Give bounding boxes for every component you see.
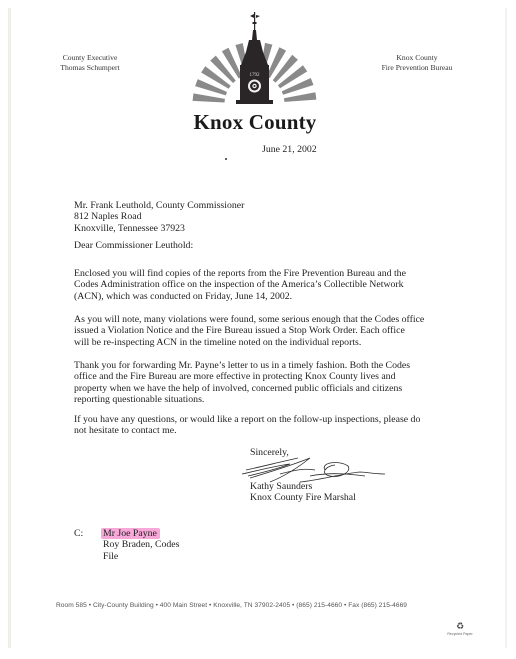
address-line: Mr. Frank Leuthold, County Commissioner bbox=[74, 200, 244, 211]
courthouse-tower-sunburst-icon: 1792 bbox=[190, 10, 320, 110]
scan-edge-right bbox=[505, 8, 507, 648]
logo-title: Knox County bbox=[190, 110, 320, 135]
cc-recipient: Roy Braden, Codes bbox=[103, 539, 179, 550]
scan-speck bbox=[225, 158, 227, 160]
footer-address: Room 585 • City-County Building • 400 Ma… bbox=[56, 602, 407, 609]
paragraph-line: If you have any questions, or would like… bbox=[74, 414, 474, 425]
paragraph-line: issued a Violation Notice and the Fire B… bbox=[74, 325, 474, 336]
letterhead-left-line: County Executive bbox=[50, 53, 130, 63]
letterhead-right-line: Knox County bbox=[372, 53, 462, 63]
letterhead-right: Knox County Fire Prevention Bureau bbox=[372, 53, 462, 72]
paragraph-line: office and the Fire Bureau are more effe… bbox=[74, 371, 474, 382]
letter-page: County Executive Thomas Schumpert 1792 bbox=[0, 0, 516, 659]
letterhead-right-line: Fire Prevention Bureau bbox=[372, 63, 462, 73]
recipient-address: Mr. Frank Leuthold, County Commissioner … bbox=[74, 200, 244, 234]
salutation: Dear Commissioner Leuthold: bbox=[74, 240, 193, 251]
paragraph-line: will be re-inspecting ACN in the timelin… bbox=[74, 337, 474, 348]
recycled-paper-label: Recycled Paper bbox=[447, 632, 473, 636]
paragraph-line: not hesitate to contact me. bbox=[74, 425, 474, 436]
cc-label: C: bbox=[74, 528, 83, 539]
paragraph-line: Codes Administration office on the inspe… bbox=[74, 279, 474, 290]
paragraph-violations: As you will note, many violations were f… bbox=[74, 314, 474, 348]
paragraph-thanks: Thank you for forwarding Mr. Payne’s let… bbox=[74, 360, 474, 406]
paragraph-line: property when we have the help of involv… bbox=[74, 383, 474, 394]
logo-year: 1792 bbox=[250, 73, 261, 78]
signer-title: Knox County Fire Marshal bbox=[250, 492, 356, 503]
letterhead-left-line: Thomas Schumpert bbox=[50, 63, 130, 73]
paragraph-line: Thank you for forwarding Mr. Payne’s let… bbox=[74, 360, 474, 371]
address-line: Knoxville, Tennessee 37923 bbox=[74, 223, 244, 234]
address-line: 812 Naples Road bbox=[74, 211, 244, 222]
paragraph-line: Enclosed you will find copies of the rep… bbox=[74, 268, 474, 279]
paragraph-contact: If you have any questions, or would like… bbox=[74, 414, 474, 437]
highlighted-cc-recipient: Mr Joe Payne bbox=[101, 528, 160, 539]
signer-name: Kathy Saunders bbox=[250, 481, 312, 492]
letter-date: June 21, 2002 bbox=[262, 144, 317, 155]
paragraph-line: reporting questionable situations. bbox=[74, 394, 474, 405]
recycled-paper-mark: ♻ Recycled Paper bbox=[447, 623, 473, 636]
cc-recipient: Mr Joe Payne bbox=[103, 528, 179, 539]
knox-county-logo: 1792 Knox County bbox=[190, 10, 320, 130]
cc-recipient: File bbox=[103, 551, 179, 562]
recycle-icon: ♻ bbox=[447, 623, 473, 632]
paragraph-enclosed-reports: Enclosed you will find copies of the rep… bbox=[74, 268, 474, 302]
paragraph-line: (ACN), which was conducted on Friday, Ju… bbox=[74, 291, 474, 302]
cc-list: Mr Joe Payne Roy Braden, Codes File bbox=[103, 528, 179, 562]
scan-edge-left bbox=[8, 8, 11, 648]
paragraph-line: As you will note, many violations were f… bbox=[74, 314, 474, 325]
letterhead-left: County Executive Thomas Schumpert bbox=[50, 53, 130, 72]
